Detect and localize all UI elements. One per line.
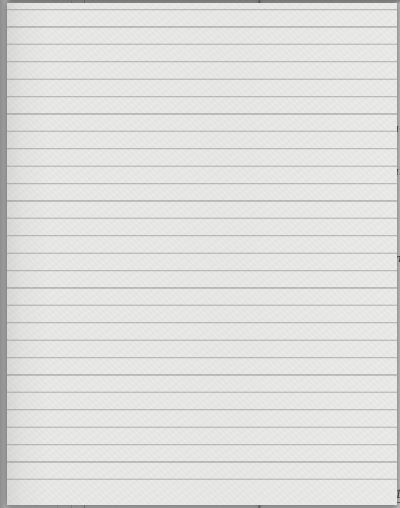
ruled-lines xyxy=(7,3,397,505)
notebook-paper xyxy=(7,3,397,505)
scanned-document-page: 09812 Massachusetts 1811 U. S. Senator “… xyxy=(0,0,400,508)
